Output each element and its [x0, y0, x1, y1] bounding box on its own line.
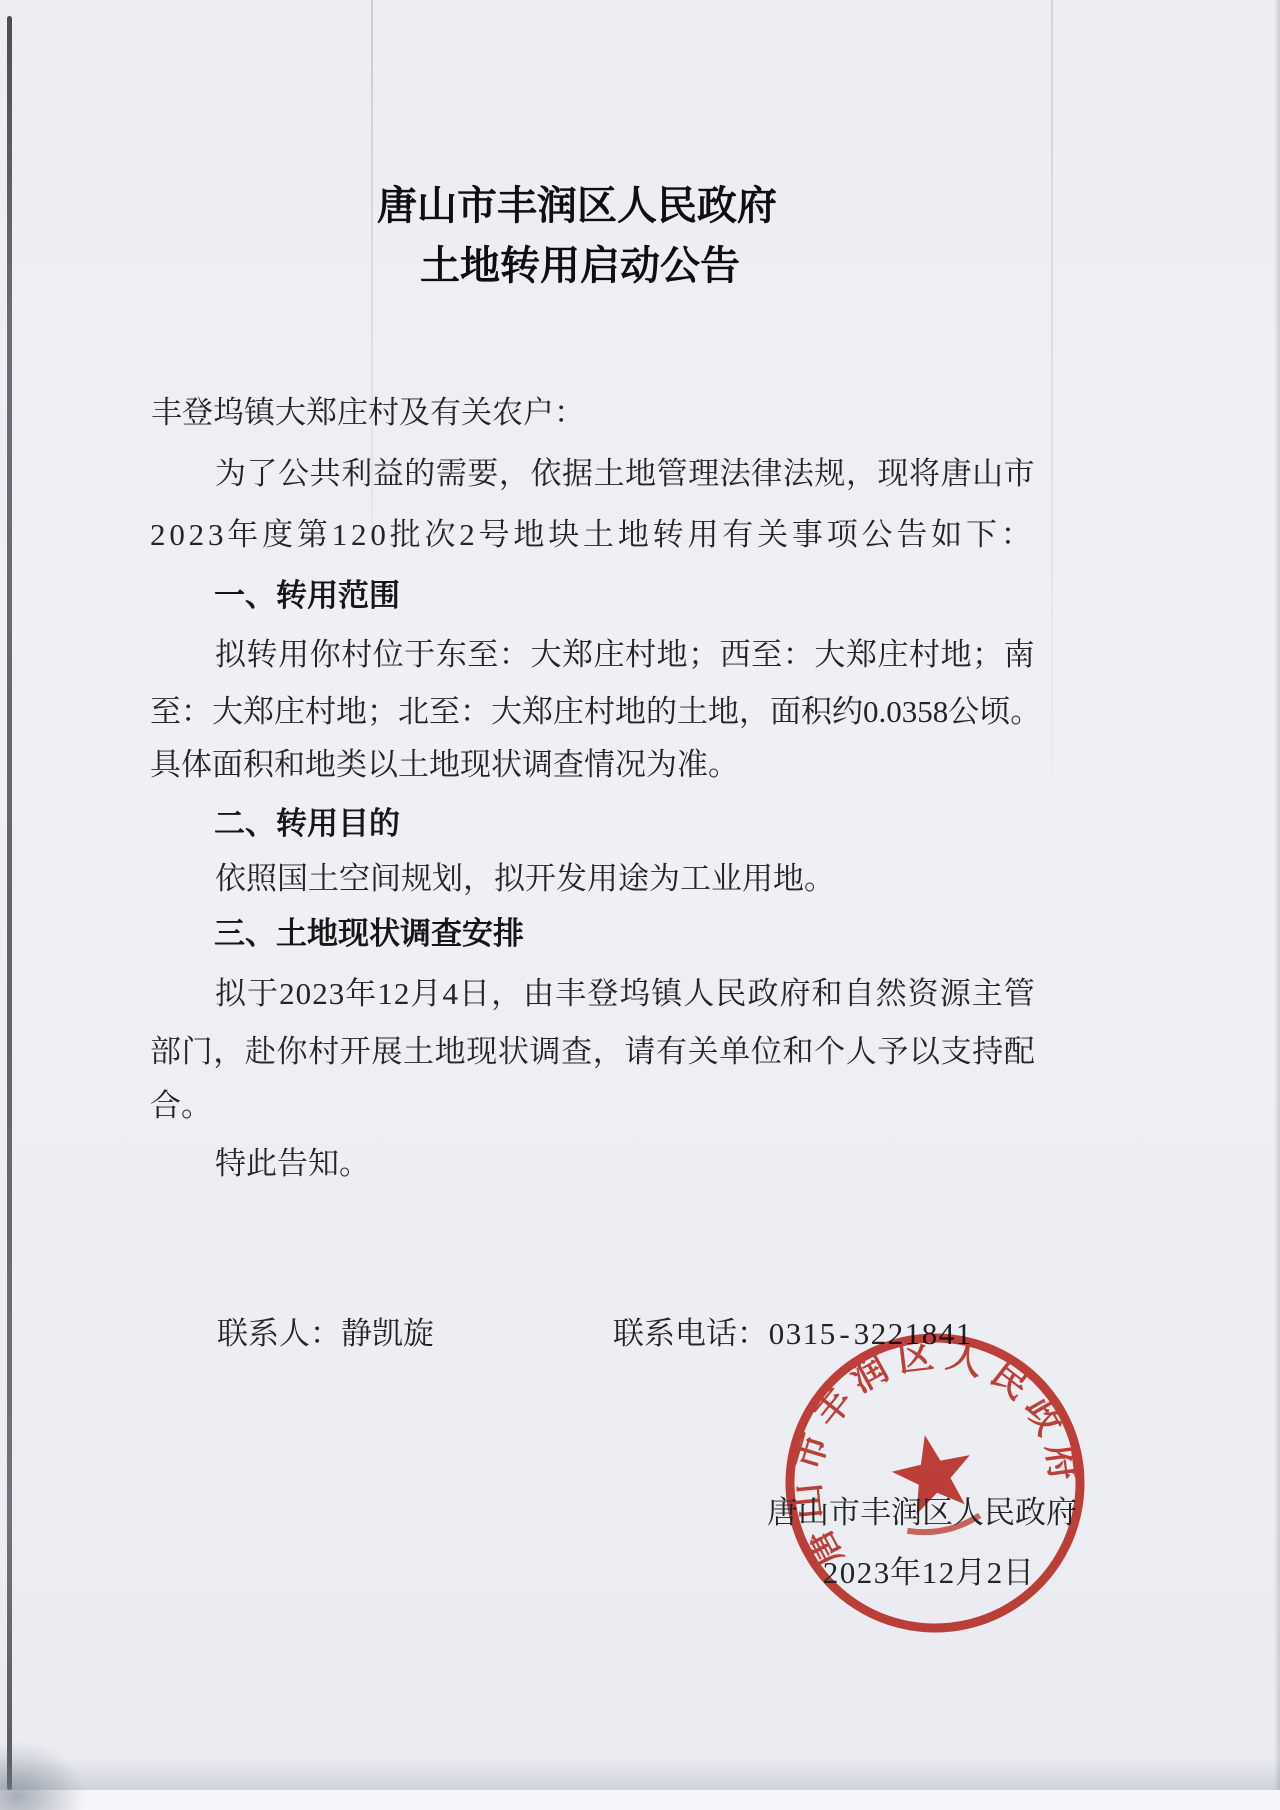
scan-left-edge-artifact — [7, 16, 12, 1790]
paragraph1-line2: 2023年度第120批次2号地块土地转用有关事项公告如下： — [150, 514, 1032, 556]
paragraph4-line1: 拟于2023年12月4日，由丰登坞镇人民政府和自然资源主管 — [215, 973, 1035, 1015]
paragraph2-line2: 至：大郑庄村地；北至：大郑庄村地的土地，面积约0.0358公顷。 — [150, 691, 1040, 733]
document-title-line1: 唐山市丰润区人民政府 — [377, 180, 763, 232]
scan-right-edge-shadow — [1274, 0, 1280, 1810]
scan-bottom-strip — [0, 1790, 1280, 1810]
paragraph3-line: 依照国土空间规划，拟开发用途为工业用地。 — [215, 858, 835, 900]
salutation-line: 丰登坞镇大郑庄村及有关农户： — [151, 392, 585, 434]
paper-crease-line — [1051, 0, 1053, 775]
paragraph4-line2: 部门，赴你村开展土地现状调查，请有关单位和个人予以支持配 — [150, 1031, 1035, 1073]
paragraph2-line3: 具体面积和地类以土地现状调查情况为准。 — [150, 744, 739, 786]
scan-bottom-shadow — [0, 1758, 1280, 1790]
paragraph1-line1: 为了公共利益的需要，依据土地管理法律法规，现将唐山市 — [215, 453, 1035, 495]
closing-line: 特此告知。 — [215, 1143, 370, 1185]
paragraph2-line1: 拟转用你村位于东至：大郑庄村地；西至：大郑庄村地；南 — [215, 634, 1035, 676]
section-heading-3: 三、土地现状调查安排 — [214, 913, 524, 955]
paragraph4-line3: 合。 — [150, 1085, 212, 1127]
scan-corner-smudge — [0, 1740, 86, 1810]
section-heading-2: 二、转用目的 — [214, 803, 400, 845]
section-heading-1: 一、转用范围 — [214, 575, 400, 617]
issuer-signature: 唐山市丰润区人民政府 — [767, 1492, 1077, 1534]
contact-person: 联系人：静凯旋 — [217, 1313, 434, 1355]
scanned-document-page: 唐山市丰润区人民政府 土地转用启动公告 丰登坞镇大郑庄村及有关农户： 为了公共利… — [0, 0, 1280, 1810]
document-title-line2: 土地转用启动公告 — [420, 240, 717, 292]
issue-date: 2023年12月2日 — [822, 1552, 1034, 1594]
